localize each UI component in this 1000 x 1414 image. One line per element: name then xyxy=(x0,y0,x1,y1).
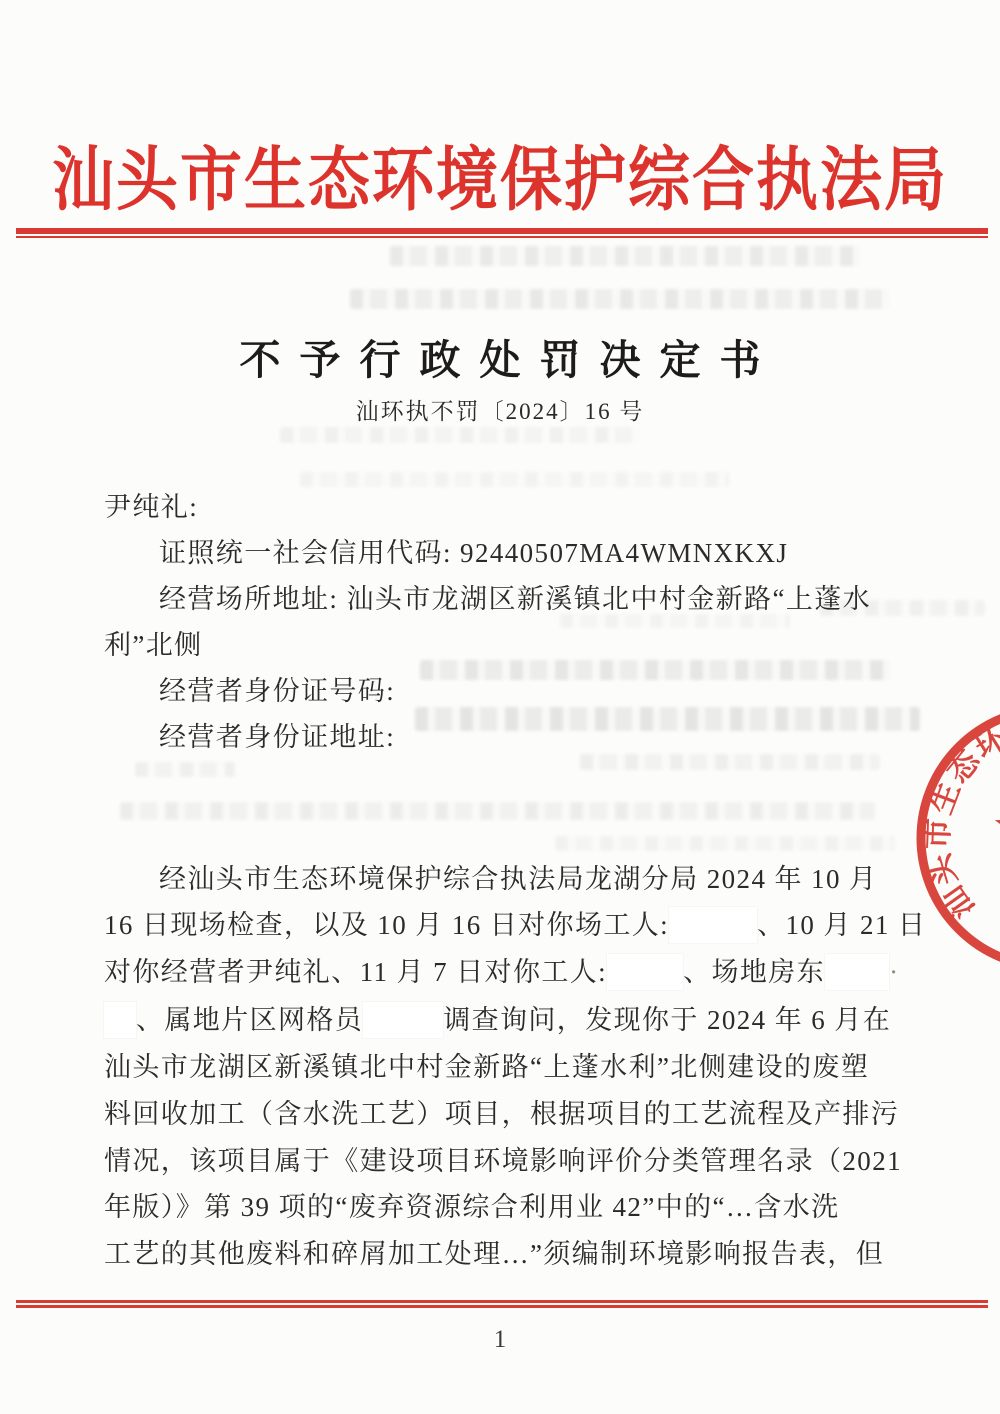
body-text: 调查询问，发现你于 2024 年 6 月在 xyxy=(443,1005,891,1035)
body-line-9: 工艺的其他废料和碎屑加工处理…”须编制环境影响报告表，但 xyxy=(104,1232,914,1271)
stray-mark: · xyxy=(889,957,899,987)
agency-header: 汕头市生态环境保护综合执法局 xyxy=(0,124,1000,224)
footer-divider-rule xyxy=(16,1300,988,1308)
body-line-1: 经汕头市生态环境保护综合执法局龙湖分局 2024 年 10 月 xyxy=(104,857,969,896)
document-page: 汕头市生态环境保护综合执法局 不予行政处罚决定书 汕环执不罚〔2024〕16 号… xyxy=(0,0,1000,1414)
document-number: 汕环执不罚〔2024〕16 号 xyxy=(0,393,1000,426)
body-line-3: 对你经营者尹纯礼、11 月 7 日对你工人:、场地房东· xyxy=(104,950,914,990)
seal-star-icon xyxy=(995,780,1000,885)
body-text: 16 日现场检查，以及 10 月 16 日对你场工人: xyxy=(104,910,669,940)
redaction-box xyxy=(669,907,757,943)
redaction-box xyxy=(825,954,889,990)
body-text: 、10 月 21 日 xyxy=(757,910,926,940)
body-line-2: 16 日现场检查，以及 10 月 16 日对你场工人:、10 月 21 日 xyxy=(104,903,914,943)
document-title: 不予行政处罚决定书 xyxy=(0,327,1000,386)
body-line-7: 情况，该项目属于《建设项目环境影响评价分类管理名录（2021 xyxy=(104,1139,914,1178)
page-number: 1 xyxy=(0,1326,1000,1354)
id-address-line: 经营者身份证地址: xyxy=(104,715,969,754)
body-text: 、场地房东 xyxy=(683,957,825,987)
body-line-6: 料回收加工（含水洗工艺）项目，根据项目的工艺流程及产排污 xyxy=(104,1092,914,1131)
bleed-through xyxy=(390,246,860,266)
bleed-through xyxy=(555,836,895,851)
id-number-line: 经营者身份证号码: xyxy=(104,669,969,708)
bleed-through xyxy=(350,289,890,309)
address-line-2: 利”北侧 xyxy=(104,623,914,662)
header-divider-rule xyxy=(16,228,988,238)
bleed-through xyxy=(280,427,640,443)
address-line-1: 经营场所地址: 汕头市龙湖区新溪镇北中村金新路“上蓬水 xyxy=(104,577,969,616)
redaction-box xyxy=(607,954,683,990)
bleed-through xyxy=(580,754,880,770)
official-seal-graphic: 汕头市生态环境保护综合执法局 xyxy=(903,698,1000,980)
recipient-salutation: 尹纯礼: xyxy=(104,485,914,524)
body-line-4: 、属地片区网格员调查询问，发现你于 2024 年 6 月在 xyxy=(104,998,914,1038)
body-line-8: 年版）》第 39 项的“废弃资源综合利用业 42”中的“…含水洗 xyxy=(104,1185,914,1224)
bleed-through xyxy=(120,802,875,820)
body-line-5: 汕头市龙湖区新溪镇北中村金新路“上蓬水利”北侧建设的废塑 xyxy=(104,1045,914,1084)
body-text: 、属地片区网格员 xyxy=(136,1005,363,1035)
official-seal: 汕头市生态环境保护综合执法局 xyxy=(903,698,1000,980)
body-text: 对你经营者尹纯礼、11 月 7 日对你工人: xyxy=(104,957,607,987)
credit-code-line: 证照统一社会信用代码: 92440507MA4WMNXKXJ xyxy=(104,531,969,570)
redaction-box xyxy=(104,1002,136,1038)
redaction-box xyxy=(363,1002,443,1038)
bleed-through xyxy=(135,762,235,777)
